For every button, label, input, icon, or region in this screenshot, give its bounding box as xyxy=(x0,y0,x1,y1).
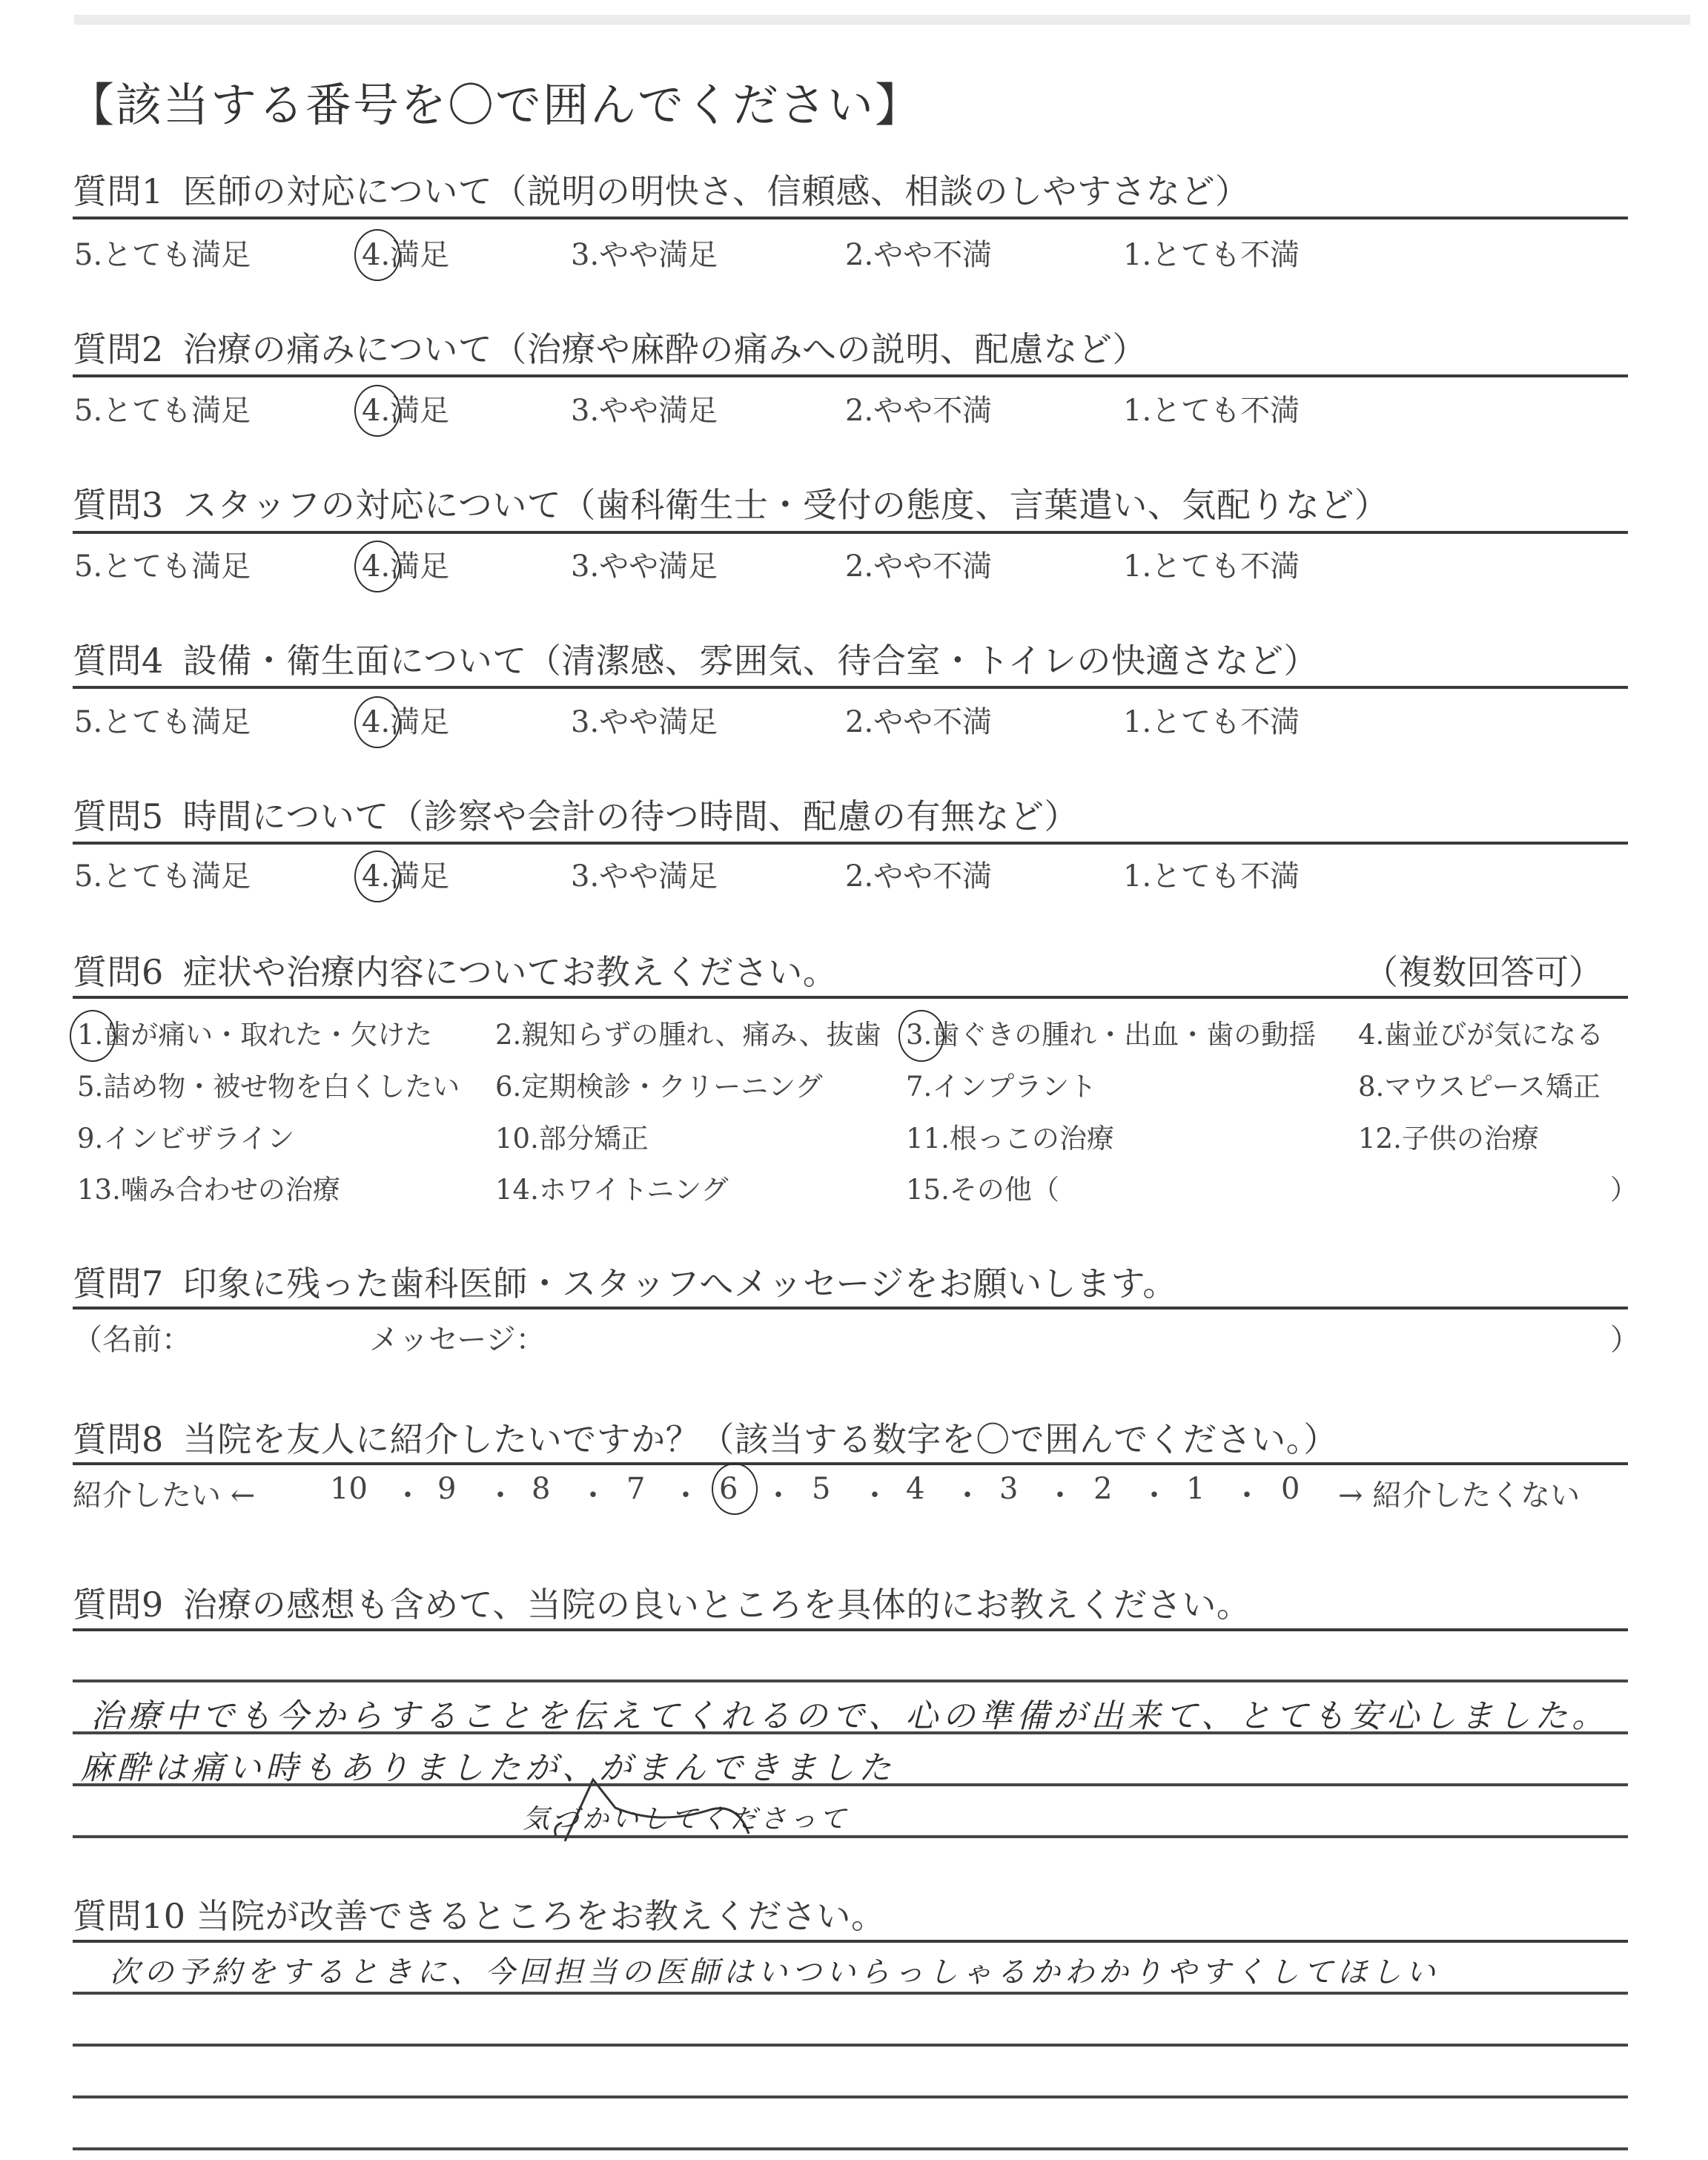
separator: ・ xyxy=(1139,1472,1169,1514)
option-3[interactable]: 3.やや満足 xyxy=(571,853,718,895)
question-number: 質問7 xyxy=(73,1264,164,1304)
handwritten-line-1: 次の予約をするときに、今回担当の医師はいついらっしゃるかわかりやすくしてほしい xyxy=(110,1949,1440,1991)
question-number: 質問6 xyxy=(73,952,164,992)
question-9-header: 質問9治療の感想も含めて、当院の良いところを具体的にお教えください。 xyxy=(73,1578,1251,1627)
selection-circle: 3. xyxy=(906,1019,932,1051)
separator: ・ xyxy=(671,1472,701,1514)
scale-10[interactable]: 10 xyxy=(330,1472,368,1506)
symptom-option-14[interactable]: 14.ホワイトニング xyxy=(495,1167,729,1207)
question-text: 治療の感想も含めて、当院の良いところを具体的にお教えください。 xyxy=(183,1585,1251,1625)
option-2[interactable]: 2.やや不満 xyxy=(845,698,992,741)
divider xyxy=(73,217,1628,219)
recommend-right-label: → 紹介したくない xyxy=(1338,1472,1580,1514)
separator: ・ xyxy=(486,1472,515,1514)
question-1-header: 質問1医師の対応について（説明の明快さ、信頼感、相談のしやすさなど） xyxy=(73,165,1250,214)
question-number: 質問10 xyxy=(73,1896,186,1936)
option-2[interactable]: 2.やや不満 xyxy=(845,853,992,895)
separator: ・ xyxy=(860,1472,890,1514)
question-6-header: 質問6症状や治療内容についてお教えください。 xyxy=(73,945,837,994)
symptom-option-6[interactable]: 6.定期検診・クリーニング xyxy=(495,1064,823,1104)
answer-line xyxy=(73,2095,1628,2098)
option-4-selected[interactable]: 4.満足 xyxy=(362,853,449,895)
divider xyxy=(73,374,1628,377)
option-5[interactable]: 5.とても満足 xyxy=(74,543,251,585)
symptom-option-15-other[interactable]: 15.その他（ xyxy=(906,1167,1059,1207)
selection-circle: 4. xyxy=(362,859,390,894)
scan-top-edge xyxy=(74,15,1690,24)
symptom-option-12[interactable]: 12.子供の治療 xyxy=(1358,1116,1539,1156)
question-text: 治療の痛みについて（治療や麻酔の痛みへの説明、配慮など） xyxy=(183,329,1147,369)
question-number: 質問2 xyxy=(73,329,164,369)
question-text: 時間について（診察や会計の待つ時間、配慮の有無など） xyxy=(183,796,1079,836)
question-number: 質問3 xyxy=(73,485,164,525)
option-2[interactable]: 2.やや不満 xyxy=(845,231,992,274)
question-number: 質問9 xyxy=(73,1585,164,1625)
symptom-option-8[interactable]: 8.マウスピース矯正 xyxy=(1358,1064,1601,1104)
selection-circle: 4. xyxy=(362,238,390,272)
divider xyxy=(73,686,1628,689)
answer-line xyxy=(73,2044,1628,2047)
question-number: 質問4 xyxy=(73,641,164,681)
page-title: 【該当する番号を〇で囲んでください】 xyxy=(68,68,922,134)
question-text: 設備・衛生面について（清潔感、雰囲気、待合室・トイレの快適さなど） xyxy=(183,641,1318,681)
option-5[interactable]: 5.とても満足 xyxy=(74,853,251,895)
question-3-header: 質問3スタッフの対応について（歯科衛生士・受付の態度、言葉遣い、気配りなど） xyxy=(73,478,1388,527)
option-3[interactable]: 3.やや満足 xyxy=(571,231,718,274)
separator: ・ xyxy=(764,1472,793,1514)
option-3[interactable]: 3.やや満足 xyxy=(571,698,718,741)
option-4-selected[interactable]: 4.満足 xyxy=(362,231,449,274)
separator: ・ xyxy=(393,1472,423,1514)
divider xyxy=(73,1940,1628,1943)
multiple-answer-note: （複数回答可） xyxy=(1364,945,1603,994)
symptom-option-7[interactable]: 7.インプラント xyxy=(906,1064,1096,1104)
divider xyxy=(73,1628,1628,1631)
selection-circle: 4. xyxy=(362,394,390,428)
name-field[interactable]: （名前： xyxy=(73,1316,191,1358)
option-3[interactable]: 3.やや満足 xyxy=(571,543,718,585)
answer-line xyxy=(73,1992,1628,1995)
recommend-left-label: 紹介したい ← xyxy=(73,1472,255,1514)
symptom-option-1-selected[interactable]: 1.歯が痛い・取れた・欠けた xyxy=(77,1012,432,1052)
symptom-option-10[interactable]: 10.部分矯正 xyxy=(495,1116,649,1156)
option-4-selected[interactable]: 4.満足 xyxy=(362,698,449,741)
option-5[interactable]: 5.とても満足 xyxy=(74,698,251,741)
handwritten-line-2: 麻酔は痛い時もありましたが、がまんできました xyxy=(80,1741,896,1789)
name-label: （名前： xyxy=(73,1323,191,1357)
symptom-option-3-selected[interactable]: 3.歯ぐきの腫れ・出血・歯の動揺 xyxy=(906,1012,1316,1052)
divider xyxy=(73,1307,1628,1309)
question-text: 医師の対応について（説明の明快さ、信頼感、相談のしやすさなど） xyxy=(183,171,1250,211)
symptom-option-4[interactable]: 4.歯並びが気になる xyxy=(1358,1012,1603,1052)
separator: ・ xyxy=(1045,1472,1075,1514)
question-number: 質問1 xyxy=(73,171,164,211)
scale-2[interactable]: 2 xyxy=(1093,1472,1112,1506)
scale-4[interactable]: 4 xyxy=(906,1472,924,1506)
question-text: スタッフの対応について（歯科衛生士・受付の態度、言葉遣い、気配りなど） xyxy=(183,485,1389,525)
question-text: 印象に残った歯科医師・スタッフへメッセージをお願いします。 xyxy=(183,1264,1177,1304)
option-5[interactable]: 5.とても満足 xyxy=(74,387,251,429)
question-5-header: 質問5時間について（診察や会計の待つ時間、配慮の有無など） xyxy=(73,790,1079,839)
question-number: 質問5 xyxy=(73,796,164,836)
scale-8[interactable]: 8 xyxy=(532,1472,550,1506)
separator: ・ xyxy=(1232,1472,1262,1514)
answer-line xyxy=(73,2147,1628,2150)
handwritten-line-1: 治療中でも今からすることを伝えてくれるので、心の準備が出来て、とても安心しました… xyxy=(90,1689,1609,1737)
answer-line xyxy=(73,1680,1628,1682)
scale-0[interactable]: 0 xyxy=(1281,1472,1300,1506)
divider xyxy=(73,531,1628,534)
symptom-option-13[interactable]: 13.噛み合わせの治療 xyxy=(77,1167,340,1207)
close-paren: ） xyxy=(1610,1316,1640,1358)
scale-3[interactable]: 3 xyxy=(999,1472,1018,1506)
option-2[interactable]: 2.やや不満 xyxy=(845,387,992,429)
handwritten-insertion: 気づかいしてくださって xyxy=(523,1798,849,1836)
scale-9[interactable]: 9 xyxy=(437,1472,456,1506)
divider xyxy=(73,842,1628,845)
scale-5[interactable]: 5 xyxy=(812,1472,830,1506)
answer-line xyxy=(73,1835,1628,1838)
option-1[interactable]: 1.とても不満 xyxy=(1123,543,1300,585)
question-8-header: 質問8当院を友人に紹介したいですか？（該当する数字を〇で囲んでください。） xyxy=(73,1413,1338,1462)
question-number: 質問8 xyxy=(73,1419,164,1459)
question-text: 当院が改善できるところをお教えください。 xyxy=(196,1896,886,1936)
scale-1[interactable]: 1 xyxy=(1186,1472,1205,1506)
scale-6-selected[interactable]: 6 xyxy=(719,1472,738,1506)
option-1[interactable]: 1.とても不満 xyxy=(1123,698,1300,741)
divider xyxy=(73,996,1628,999)
scale-7[interactable]: 7 xyxy=(626,1472,645,1506)
option-4-selected[interactable]: 4.満足 xyxy=(362,387,449,429)
message-label: メッセージ： xyxy=(369,1323,546,1357)
divider xyxy=(73,1462,1628,1465)
question-text: 当院を友人に紹介したいですか？（該当する数字を〇で囲んでください。） xyxy=(183,1419,1338,1459)
option-1[interactable]: 1.とても不満 xyxy=(1123,387,1300,429)
selection-circle: 4. xyxy=(362,549,390,584)
symptom-option-9[interactable]: 9.インビザライン xyxy=(77,1116,294,1156)
symptom-option-2[interactable]: 2.親知らずの腫れ、痛み、抜歯 xyxy=(495,1012,881,1052)
option-1[interactable]: 1.とても不満 xyxy=(1123,231,1300,274)
question-4-header: 質問4設備・衛生面について（清潔感、雰囲気、待合室・トイレの快適さなど） xyxy=(73,634,1318,683)
question-10-header: 質問10当院が改善できるところをお教えください。 xyxy=(73,1889,886,1938)
selection-circle: 1. xyxy=(77,1019,103,1051)
option-5[interactable]: 5.とても満足 xyxy=(74,231,251,274)
question-7-header: 質問7印象に残った歯科医師・スタッフへメッセージをお願いします。 xyxy=(73,1257,1177,1306)
selection-circle: 6 xyxy=(719,1472,738,1506)
symptom-option-5[interactable]: 5.詰め物・被せ物を白くしたい xyxy=(77,1064,460,1104)
selection-circle: 4. xyxy=(362,705,390,739)
message-field[interactable]: メッセージ： xyxy=(369,1316,546,1358)
option-2[interactable]: 2.やや不満 xyxy=(845,543,992,585)
option-4-selected[interactable]: 4.満足 xyxy=(362,543,449,585)
question-text: 症状や治療内容についてお教えください。 xyxy=(183,952,838,992)
separator: ・ xyxy=(578,1472,608,1514)
other-close-paren: ） xyxy=(1610,1167,1638,1207)
question-2-header: 質問2治療の痛みについて（治療や麻酔の痛みへの説明、配慮など） xyxy=(73,323,1147,371)
option-3[interactable]: 3.やや満足 xyxy=(571,387,718,429)
separator: ・ xyxy=(953,1472,982,1514)
option-1[interactable]: 1.とても不満 xyxy=(1123,853,1300,895)
symptom-option-11[interactable]: 11.根っこの治療 xyxy=(906,1116,1114,1156)
